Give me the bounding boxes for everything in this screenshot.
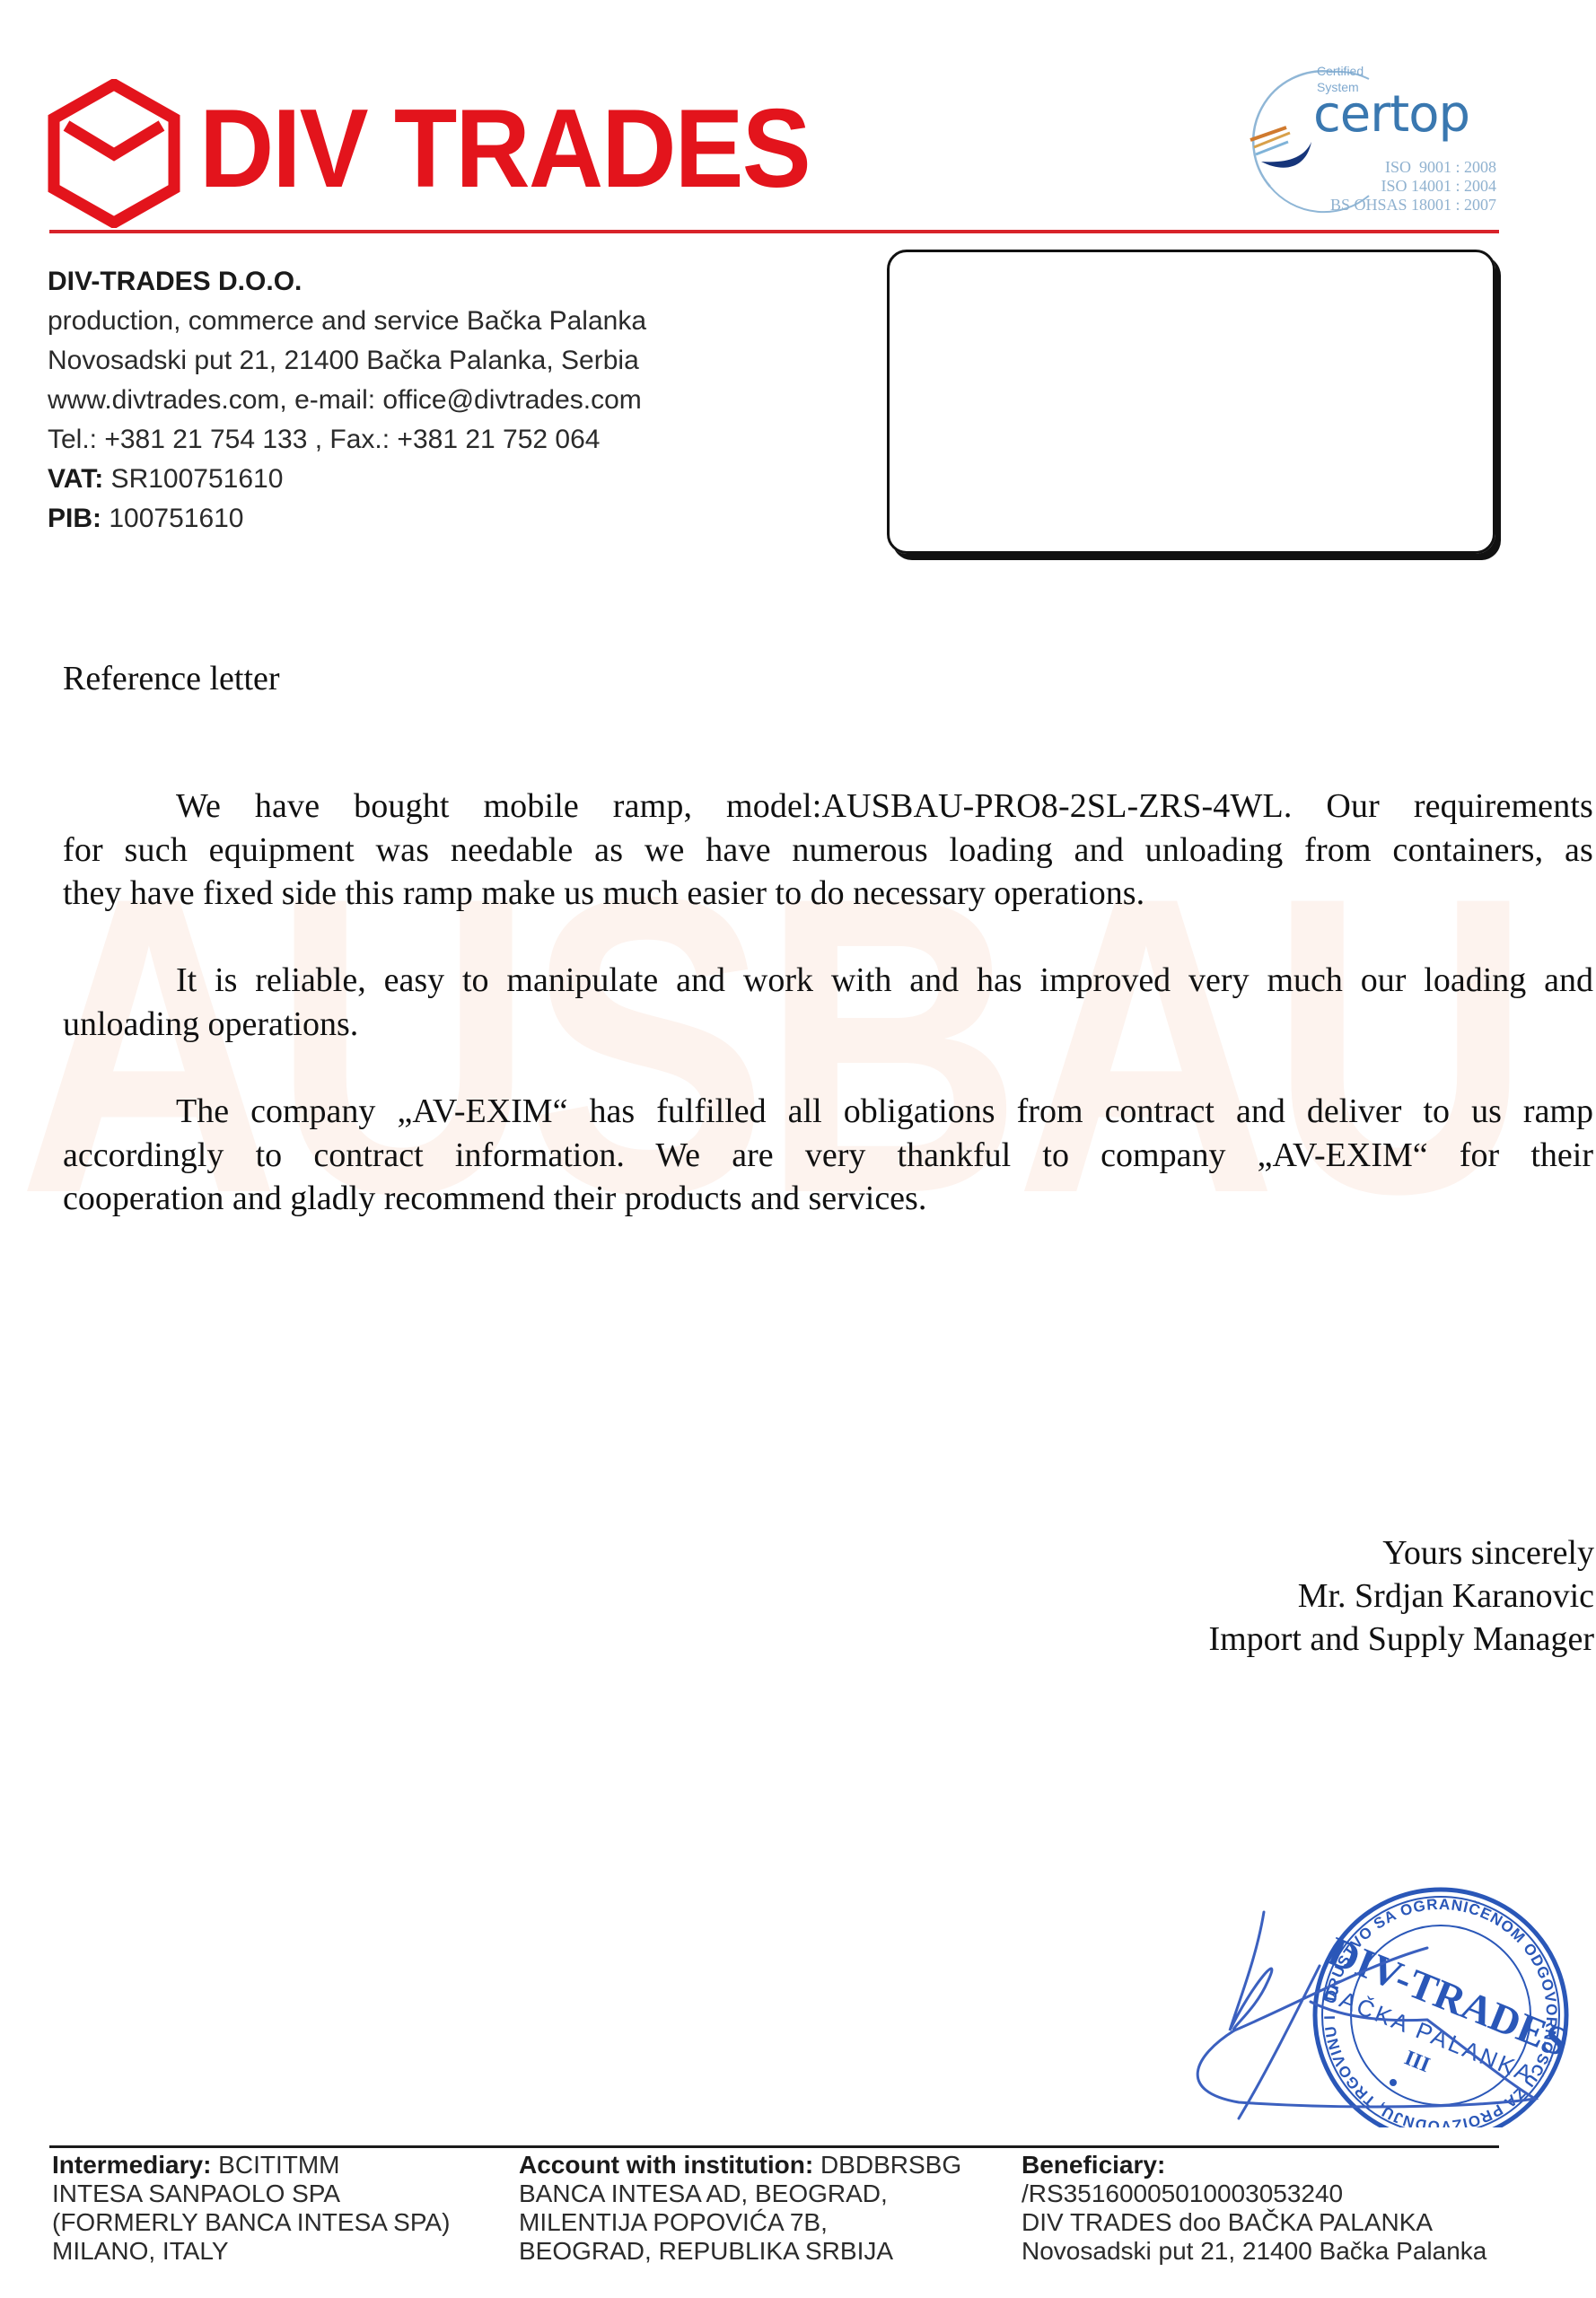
- certop-brand: certop: [1313, 88, 1469, 142]
- brand-name: DIV TRADES: [199, 93, 810, 205]
- footer-line: MILENTIJA POPOVIĆA 7B,: [519, 2208, 961, 2237]
- intermediary-label: Intermediary:: [52, 2151, 211, 2179]
- standard-line: ISO 14001 : 2004: [1330, 177, 1496, 196]
- footer-line: Novosadski put 21, 21400 Bačka Palanka: [1022, 2237, 1486, 2266]
- standard-line: BS OHSAS 18001 : 2007: [1330, 196, 1496, 215]
- footer-line: (FORMERLY BANCA INTESA SPA): [52, 2208, 450, 2237]
- pib-label: PIB:: [48, 504, 101, 533]
- vat-label: VAT:: [48, 464, 103, 494]
- stamp-center-number: III: [1401, 2047, 1434, 2078]
- footer-line: /RS35160005010003053240: [1022, 2180, 1486, 2208]
- company-pib: PIB: 100751610: [48, 499, 646, 539]
- signatory-name: Mr. Srdjan Karanovic: [1208, 1574, 1594, 1618]
- beneficiary-label: Beneficiary:: [1022, 2151, 1165, 2179]
- footer-divider: [49, 2145, 1499, 2148]
- account-code: DBDBRSBG: [813, 2151, 961, 2179]
- pib-value: 100751610: [101, 504, 244, 533]
- footer-beneficiary: Beneficiary: /RS35160005010003053240 DIV…: [1022, 2151, 1486, 2266]
- certification-logo: Certified System certop ISO 9001 : 2008 …: [1234, 52, 1504, 232]
- cube-logo-icon: [47, 79, 181, 228]
- company-address: Novosadski put 21, 21400 Bačka Palanka, …: [48, 341, 646, 381]
- recipient-address-box: [887, 250, 1495, 554]
- company-info: DIV-TRADES D.O.O. production, commerce a…: [48, 262, 646, 539]
- paragraph-line: The company „AV-EXIM“ has fulfilled all …: [63, 1090, 1596, 1134]
- paragraph-line: cooperation and gladly recommend their p…: [63, 1177, 1596, 1221]
- paragraph-line: It is reliable, easy to manipulate and w…: [63, 959, 1596, 1003]
- iso-standards: ISO 9001 : 2008 ISO 14001 : 2004 BS OHSA…: [1330, 158, 1496, 215]
- company-stamp: DRUŠTVO SA OGRANIČENOM ODGOVORNOŠĆU ZA P…: [1167, 1822, 1596, 2127]
- intermediary-code: BCITITMM: [211, 2151, 339, 2179]
- paragraph-1: We have bought mobile ramp, model:AUSBAU…: [63, 785, 1596, 916]
- company-line: production, commerce and service Bačka P…: [48, 302, 646, 341]
- footer-line: BANCA INTESA AD, BEOGRAD,: [519, 2180, 961, 2208]
- account-header: Account with institution: DBDBRSBG: [519, 2151, 961, 2180]
- paragraph-line: accordingly to contract information. We …: [63, 1134, 1596, 1178]
- company-web-email: www.divtrades.com, e-mail: office@divtra…: [48, 381, 646, 420]
- paragraph-line: We have bought mobile ramp, model:AUSBAU…: [63, 785, 1596, 829]
- closing-phrase: Yours sincerely: [1208, 1531, 1594, 1574]
- header-divider: [49, 230, 1499, 233]
- paragraph-2: It is reliable, easy to manipulate and w…: [63, 959, 1596, 1046]
- paragraph-3: The company „AV-EXIM“ has fulfilled all …: [63, 1090, 1596, 1221]
- intermediary-header: Intermediary: BCITITMM: [52, 2151, 450, 2180]
- paragraph-line: unloading operations.: [63, 1003, 1596, 1047]
- footer-account: Account with institution: DBDBRSBG BANCA…: [519, 2151, 961, 2266]
- account-label: Account with institution:: [519, 2151, 813, 2179]
- beneficiary-header: Beneficiary:: [1022, 2151, 1486, 2180]
- company-phone-fax: Tel.: +381 21 754 133 , Fax.: +381 21 75…: [48, 420, 646, 460]
- footer-line: DIV TRADES doo BAČKA PALANKA: [1022, 2208, 1486, 2237]
- paragraph-line: for such equipment was needable as we ha…: [63, 829, 1596, 873]
- footer-line: MILANO, ITALY: [52, 2237, 450, 2266]
- footer-line: INTESA SANPAOLO SPA: [52, 2180, 450, 2208]
- signature-block: Yours sincerely Mr. Srdjan Karanovic Imp…: [1208, 1531, 1594, 1661]
- standard-line: ISO 9001 : 2008: [1330, 158, 1496, 177]
- caption-line: Certified: [1317, 63, 1364, 79]
- footer-intermediary: Intermediary: BCITITMM INTESA SANPAOLO S…: [52, 2151, 450, 2266]
- vat-value: SR100751610: [103, 464, 283, 494]
- letter-heading: Reference letter: [63, 657, 280, 700]
- footer-line: BEOGRAD, REPUBLIKA SRBIJA: [519, 2237, 961, 2266]
- company-vat: VAT: SR100751610: [48, 460, 646, 499]
- company-name: DIV-TRADES D.O.O.: [48, 262, 646, 302]
- paragraph-line: they have fixed side this ramp make us m…: [63, 872, 1596, 916]
- signatory-title: Import and Supply Manager: [1208, 1618, 1594, 1661]
